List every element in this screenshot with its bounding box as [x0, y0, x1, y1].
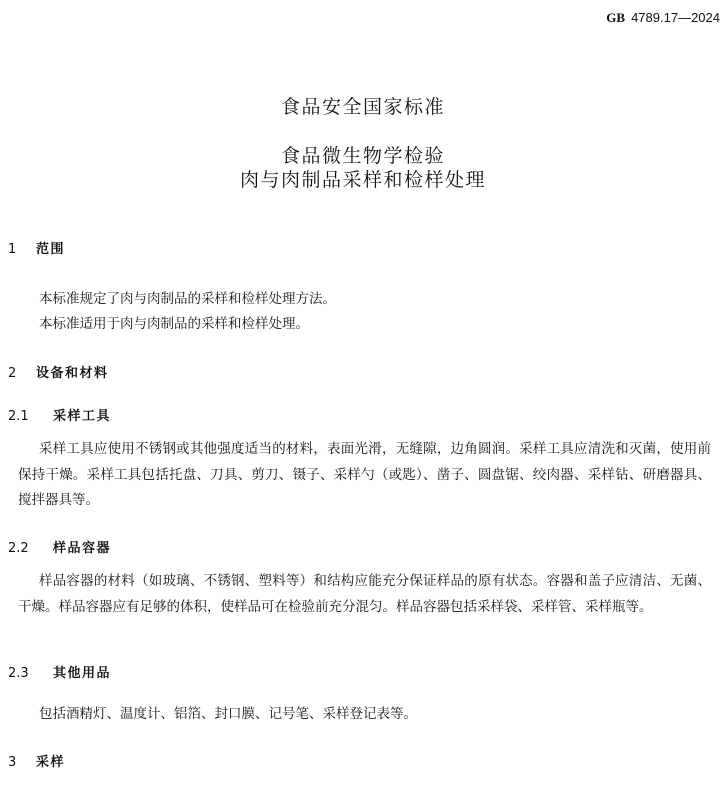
subsection-title: 采样工具	[53, 409, 111, 424]
section-heading-2: 2设备和材料	[8, 362, 109, 381]
paragraph: 本标准适用于肉与肉制品的采样和检样处理。	[39, 312, 309, 332]
section-number: 3	[8, 755, 36, 770]
standard-code: GB4789.17—2024	[606, 10, 720, 26]
subtitle-line-1: 食品微生物学检验	[0, 141, 726, 168]
subtitle-line-2: 肉与肉制品采样和检样处理	[0, 165, 726, 192]
subsection-heading-2-3: 2.3其他用品	[8, 662, 111, 681]
section-title: 采样	[36, 755, 65, 770]
paragraph: 包括酒精灯、温度计、铝箔、封口膜、记号笔、采样登记表等。	[39, 702, 417, 722]
section-number: 2	[8, 366, 36, 381]
main-title: 食品安全国家标准	[0, 92, 726, 119]
subsection-title: 样品容器	[53, 541, 111, 556]
standard-number: 4789.17—2024	[631, 10, 720, 25]
section-number: 1	[8, 242, 36, 257]
section-heading-1: 1范围	[8, 238, 65, 257]
subsection-heading-2-2: 2.2样品容器	[8, 537, 111, 556]
section-title: 范围	[36, 242, 65, 257]
subsection-heading-2-1: 2.1采样工具	[8, 405, 111, 424]
standard-prefix: GB	[606, 10, 625, 25]
paragraph: 本标准规定了肉与肉制品的采样和检样处理方法。	[39, 287, 336, 307]
subsection-number: 2.2	[8, 541, 53, 556]
section-title: 设备和材料	[36, 366, 109, 381]
subsection-title: 其他用品	[53, 666, 111, 681]
paragraph: 样品容器的材料（如玻璃、不锈钢、塑料等）和结构应能充分保证样品的原有状态。容器和…	[18, 569, 711, 620]
subsection-number: 2.1	[8, 409, 53, 424]
paragraph: 采样工具应使用不锈钢或其他强度适当的材料，表面光滑，无缝隙，边角圆润。采样工具应…	[18, 437, 711, 514]
section-heading-3: 3采样	[8, 751, 65, 770]
subsection-number: 2.3	[8, 666, 53, 681]
